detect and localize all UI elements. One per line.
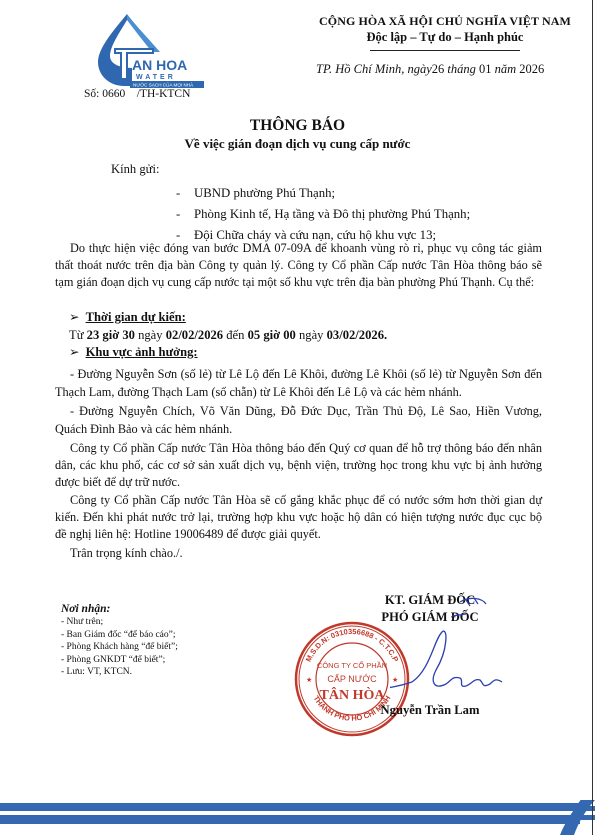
distribution-list: Nơi nhận: - Như trên; - Ban Giám đốc “để… <box>61 602 178 679</box>
date-line: TP. Hồ Chí Minh, ngày26 tháng 01 năm 202… <box>316 62 544 77</box>
national-header: CỘNG HÒA XÃ HỘI CHỦ NGHĨA VIỆT NAM Độc l… <box>300 14 590 51</box>
svg-text:CẤP NƯỚC: CẤP NƯỚC <box>327 674 377 684</box>
affected-area-item: - Đường Nguyễn Sơn (số lẻ) từ Lê Lộ đến … <box>55 365 542 401</box>
closing-line: Trân trọng kính chào./. <box>55 545 542 562</box>
document-number: Số: 0660 /TH-KTCN <box>84 88 190 100</box>
document-title: THÔNG BÁO <box>0 117 595 135</box>
tan-hoa-water-logo: AN HOA WATER NƯỚC SẠCH CỦA MỌI NHÀ <box>92 8 204 88</box>
arrow-bullet-icon: ➢ <box>69 345 80 359</box>
recipient-item: -Phòng Kinh tế, Hạ tầng và Đô thị phường… <box>176 206 470 223</box>
distribution-item: - Phòng Khách hàng “để biết”; <box>61 641 178 654</box>
commitment-paragraph: Công ty Cổ phần Cấp nước Tân Hòa sẽ cố g… <box>55 492 542 542</box>
distribution-heading: Nơi nhận: <box>61 602 178 616</box>
arrow-bullet-icon: ➢ <box>69 310 80 324</box>
header-divider <box>370 50 520 51</box>
handwritten-signature <box>390 590 530 700</box>
svg-text:★: ★ <box>306 676 312 684</box>
recipients-intro: Kính gửi: <box>111 161 159 178</box>
svg-text:NƯỚC SẠCH CỦA MỌI NHÀ: NƯỚC SẠCH CỦA MỌI NHÀ <box>133 82 194 88</box>
document-subject: Về việc gián đoạn dịch vụ cung cấp nước <box>0 136 595 152</box>
official-notice-page: AN HOA WATER NƯỚC SẠCH CỦA MỌI NHÀ Số: 0… <box>0 0 595 835</box>
document-number-suffix: /TH-KTCN <box>137 88 191 100</box>
national-motto-line1: CỘNG HÒA XÃ HỘI CHỦ NGHĨA VIỆT NAM <box>300 14 590 29</box>
time-heading: ➢Thời gian dự kiến: <box>69 309 186 325</box>
recipient-item: -UBND phường Phú Thạnh; <box>176 185 335 202</box>
time-range: Từ 23 giờ 30 ngày 02/02/2026 đến 05 giờ … <box>69 327 387 344</box>
notice-paragraph: Công ty Cổ phần Cấp nước Tân Hòa thông b… <box>55 440 542 490</box>
signatory-name: Nguyễn Trần Lam <box>330 703 530 718</box>
national-motto-line2: Độc lập – Tự do – Hạnh phúc <box>300 30 590 45</box>
svg-text:TÂN HÒA: TÂN HÒA <box>320 686 386 703</box>
intro-paragraph: Do thực hiện việc đóng van bước DMA 07-0… <box>55 240 542 290</box>
svg-text:WATER: WATER <box>136 74 176 81</box>
distribution-item: - Lưu: VT, KTCN. <box>61 666 178 679</box>
svg-text:CÔNG TY CỔ PHẦN: CÔNG TY CỔ PHẦN <box>317 660 387 670</box>
svg-text:AN HOA: AN HOA <box>132 57 187 73</box>
distribution-item: - Ban Giám đốc “để báo cáo”; <box>61 629 178 642</box>
footer-brand-stripes <box>0 800 595 835</box>
distribution-item: - Phòng GNKDT “để biết”; <box>61 654 178 667</box>
area-heading: ➢Khu vực ảnh hưởng: <box>69 344 198 360</box>
page-border <box>592 0 593 835</box>
svg-text:M.S.D.N: 0310356688 - C.T.C.P: M.S.D.N: 0310356688 - C.T.C.P <box>304 627 401 663</box>
affected-area-item: - Đường Nguyễn Chích, Võ Văn Dũng, Đỗ Đứ… <box>55 402 542 438</box>
document-number-label: Số: 0660 <box>84 88 125 100</box>
distribution-item: - Như trên; <box>61 616 178 629</box>
